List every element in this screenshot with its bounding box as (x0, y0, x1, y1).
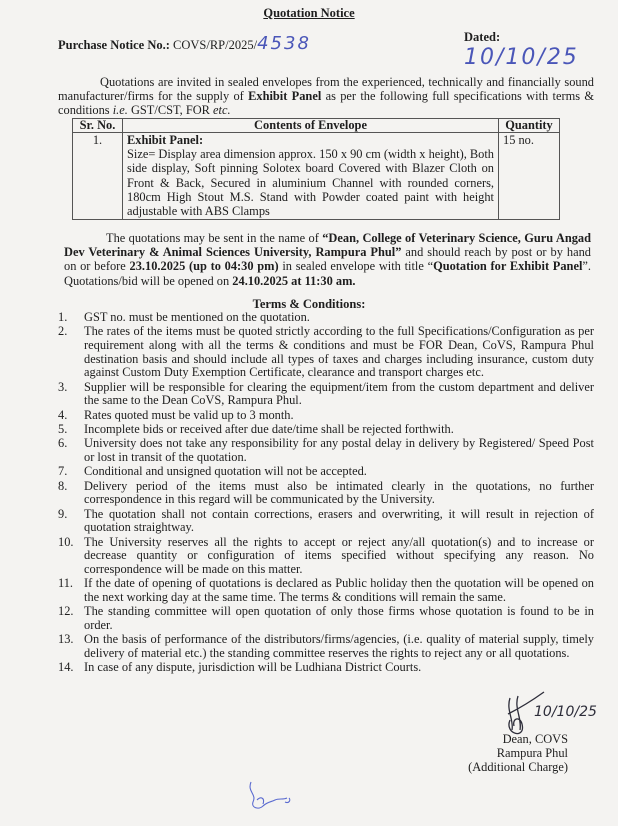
term-text: Supplier will be responsible for clearin… (84, 380, 594, 408)
intro-etc: etc. (213, 103, 231, 117)
term-number: 10. (58, 536, 80, 550)
item-description: Size= Display area dimension approx. 150… (127, 147, 494, 218)
cell-sr-no: 1. (73, 133, 123, 220)
deadline: 23.10.2025 (up to 04:30 pm) (130, 259, 279, 273)
sign-date: 10/10/25 (534, 704, 597, 720)
notice-date: Dated: 10/10/25 (464, 30, 618, 70)
header-sr-no: Sr. No. (73, 119, 123, 133)
intro-paragraph: Quotations are invited in sealed envelop… (58, 75, 594, 118)
items-table: Sr. No. Contents of Envelope Quantity 1.… (72, 118, 560, 220)
signatory-location: Rampura Phul (458, 746, 568, 760)
term-item: 1.GST no. must be mentioned on the quota… (58, 311, 594, 325)
document-title: Quotation Notice (0, 6, 618, 21)
term-item: 2.The rates of the items must be quoted … (58, 325, 594, 380)
term-text: On the basis of performance of the distr… (84, 632, 594, 660)
signature-block: Dean, COVS Rampura Phul (Additional Char… (458, 732, 568, 774)
term-number: 13. (58, 633, 80, 647)
term-number: 9. (58, 508, 80, 522)
term-item: 6.University does not take any responsib… (58, 437, 594, 464)
signatory-note: (Additional Charge) (458, 760, 568, 774)
term-number: 7. (58, 465, 80, 479)
term-text: The rates of the items must be quoted st… (84, 324, 594, 379)
term-text: The standing committee will open quotati… (84, 604, 594, 632)
purchase-notice-prefix: COVS/RP/2025/ (173, 38, 257, 52)
term-item: 4.Rates quoted must be valid up to 3 mon… (58, 409, 594, 423)
term-item: 3.Supplier will be responsible for clear… (58, 381, 594, 408)
cell-quantity: 15 no. (499, 133, 560, 220)
term-item: 11.If the date of opening of quotations … (58, 577, 594, 604)
secondary-signature-icon (245, 778, 295, 818)
cell-contents: Exhibit Panel: Size= Display area dimens… (123, 133, 499, 220)
term-number: 12. (58, 605, 80, 619)
term-text: In case of any dispute, jurisdiction wil… (84, 660, 421, 674)
term-item: 5.Incomplete bids or received after due … (58, 423, 594, 437)
term-number: 2. (58, 325, 80, 339)
term-number: 6. (58, 437, 80, 451)
term-number: 4. (58, 409, 80, 423)
signatory-title: Dean, COVS (458, 732, 568, 746)
submission-paragraph: The quotations may be sent in the name o… (64, 231, 591, 288)
header-quantity: Quantity (499, 119, 560, 133)
term-text: The quotation shall not contain correcti… (84, 507, 594, 535)
intro-item-name: Exhibit Panel (248, 89, 321, 103)
term-number: 3. (58, 381, 80, 395)
term-item: 13.On the basis of performance of the di… (58, 633, 594, 660)
term-number: 1. (58, 311, 80, 325)
table-row: 1. Exhibit Panel: Size= Display area dim… (73, 133, 560, 220)
term-number: 8. (58, 480, 80, 494)
terms-list: 1.GST no. must be mentioned on the quota… (58, 311, 594, 676)
term-text: University does not take any responsibil… (84, 436, 594, 464)
header-contents: Contents of Envelope (123, 119, 499, 133)
term-item: 7.Conditional and unsigned quotation wil… (58, 465, 594, 479)
handwritten-date: 10/10/25 (464, 45, 579, 70)
term-text: The University reserves all the rights t… (84, 535, 594, 576)
term-text: Conditional and unsigned quotation will … (84, 464, 367, 478)
term-text: Rates quoted must be valid up to 3 month… (84, 408, 294, 422)
purchase-notice-label: Purchase Notice No.: (58, 38, 170, 52)
handwritten-notice-number: 4538 (257, 33, 311, 54)
purchase-notice-number: Purchase Notice No.: COVS/RP/2025/4538 (58, 33, 311, 54)
opening-date: 24.10.2025 at 11:30 am. (232, 274, 355, 288)
term-number: 14. (58, 661, 80, 675)
term-item: 10.The University reserves all the right… (58, 536, 594, 577)
intro-text-3: GST/CST, FOR (128, 103, 213, 117)
dated-label: Dated: (464, 30, 500, 44)
submission-text-3: in sealed envelope with title “ (279, 259, 433, 273)
term-text: Incomplete bids or received after due da… (84, 422, 454, 436)
term-item: 14.In case of any dispute, jurisdiction … (58, 661, 594, 675)
table-header-row: Sr. No. Contents of Envelope Quantity (73, 119, 560, 133)
term-text: If the date of opening of quotations is … (84, 576, 594, 604)
term-item: 8.Delivery period of the items must also… (58, 480, 594, 507)
submission-text-1: The quotations may be sent in the name o… (106, 231, 322, 245)
intro-ie: i.e. (113, 103, 128, 117)
term-text: GST no. must be mentioned on the quotati… (84, 310, 310, 324)
term-item: 12.The standing committee will open quot… (58, 605, 594, 632)
term-text: Delivery period of the items must also b… (84, 479, 594, 507)
term-number: 11. (58, 577, 80, 591)
document-page: Quotation Notice Purchase Notice No.: CO… (0, 0, 618, 826)
envelope-title: Quotation for Exhibit Panel (433, 259, 582, 273)
item-title: Exhibit Panel: (127, 133, 203, 147)
term-item: 9.The quotation shall not contain correc… (58, 508, 594, 535)
term-number: 5. (58, 423, 80, 437)
